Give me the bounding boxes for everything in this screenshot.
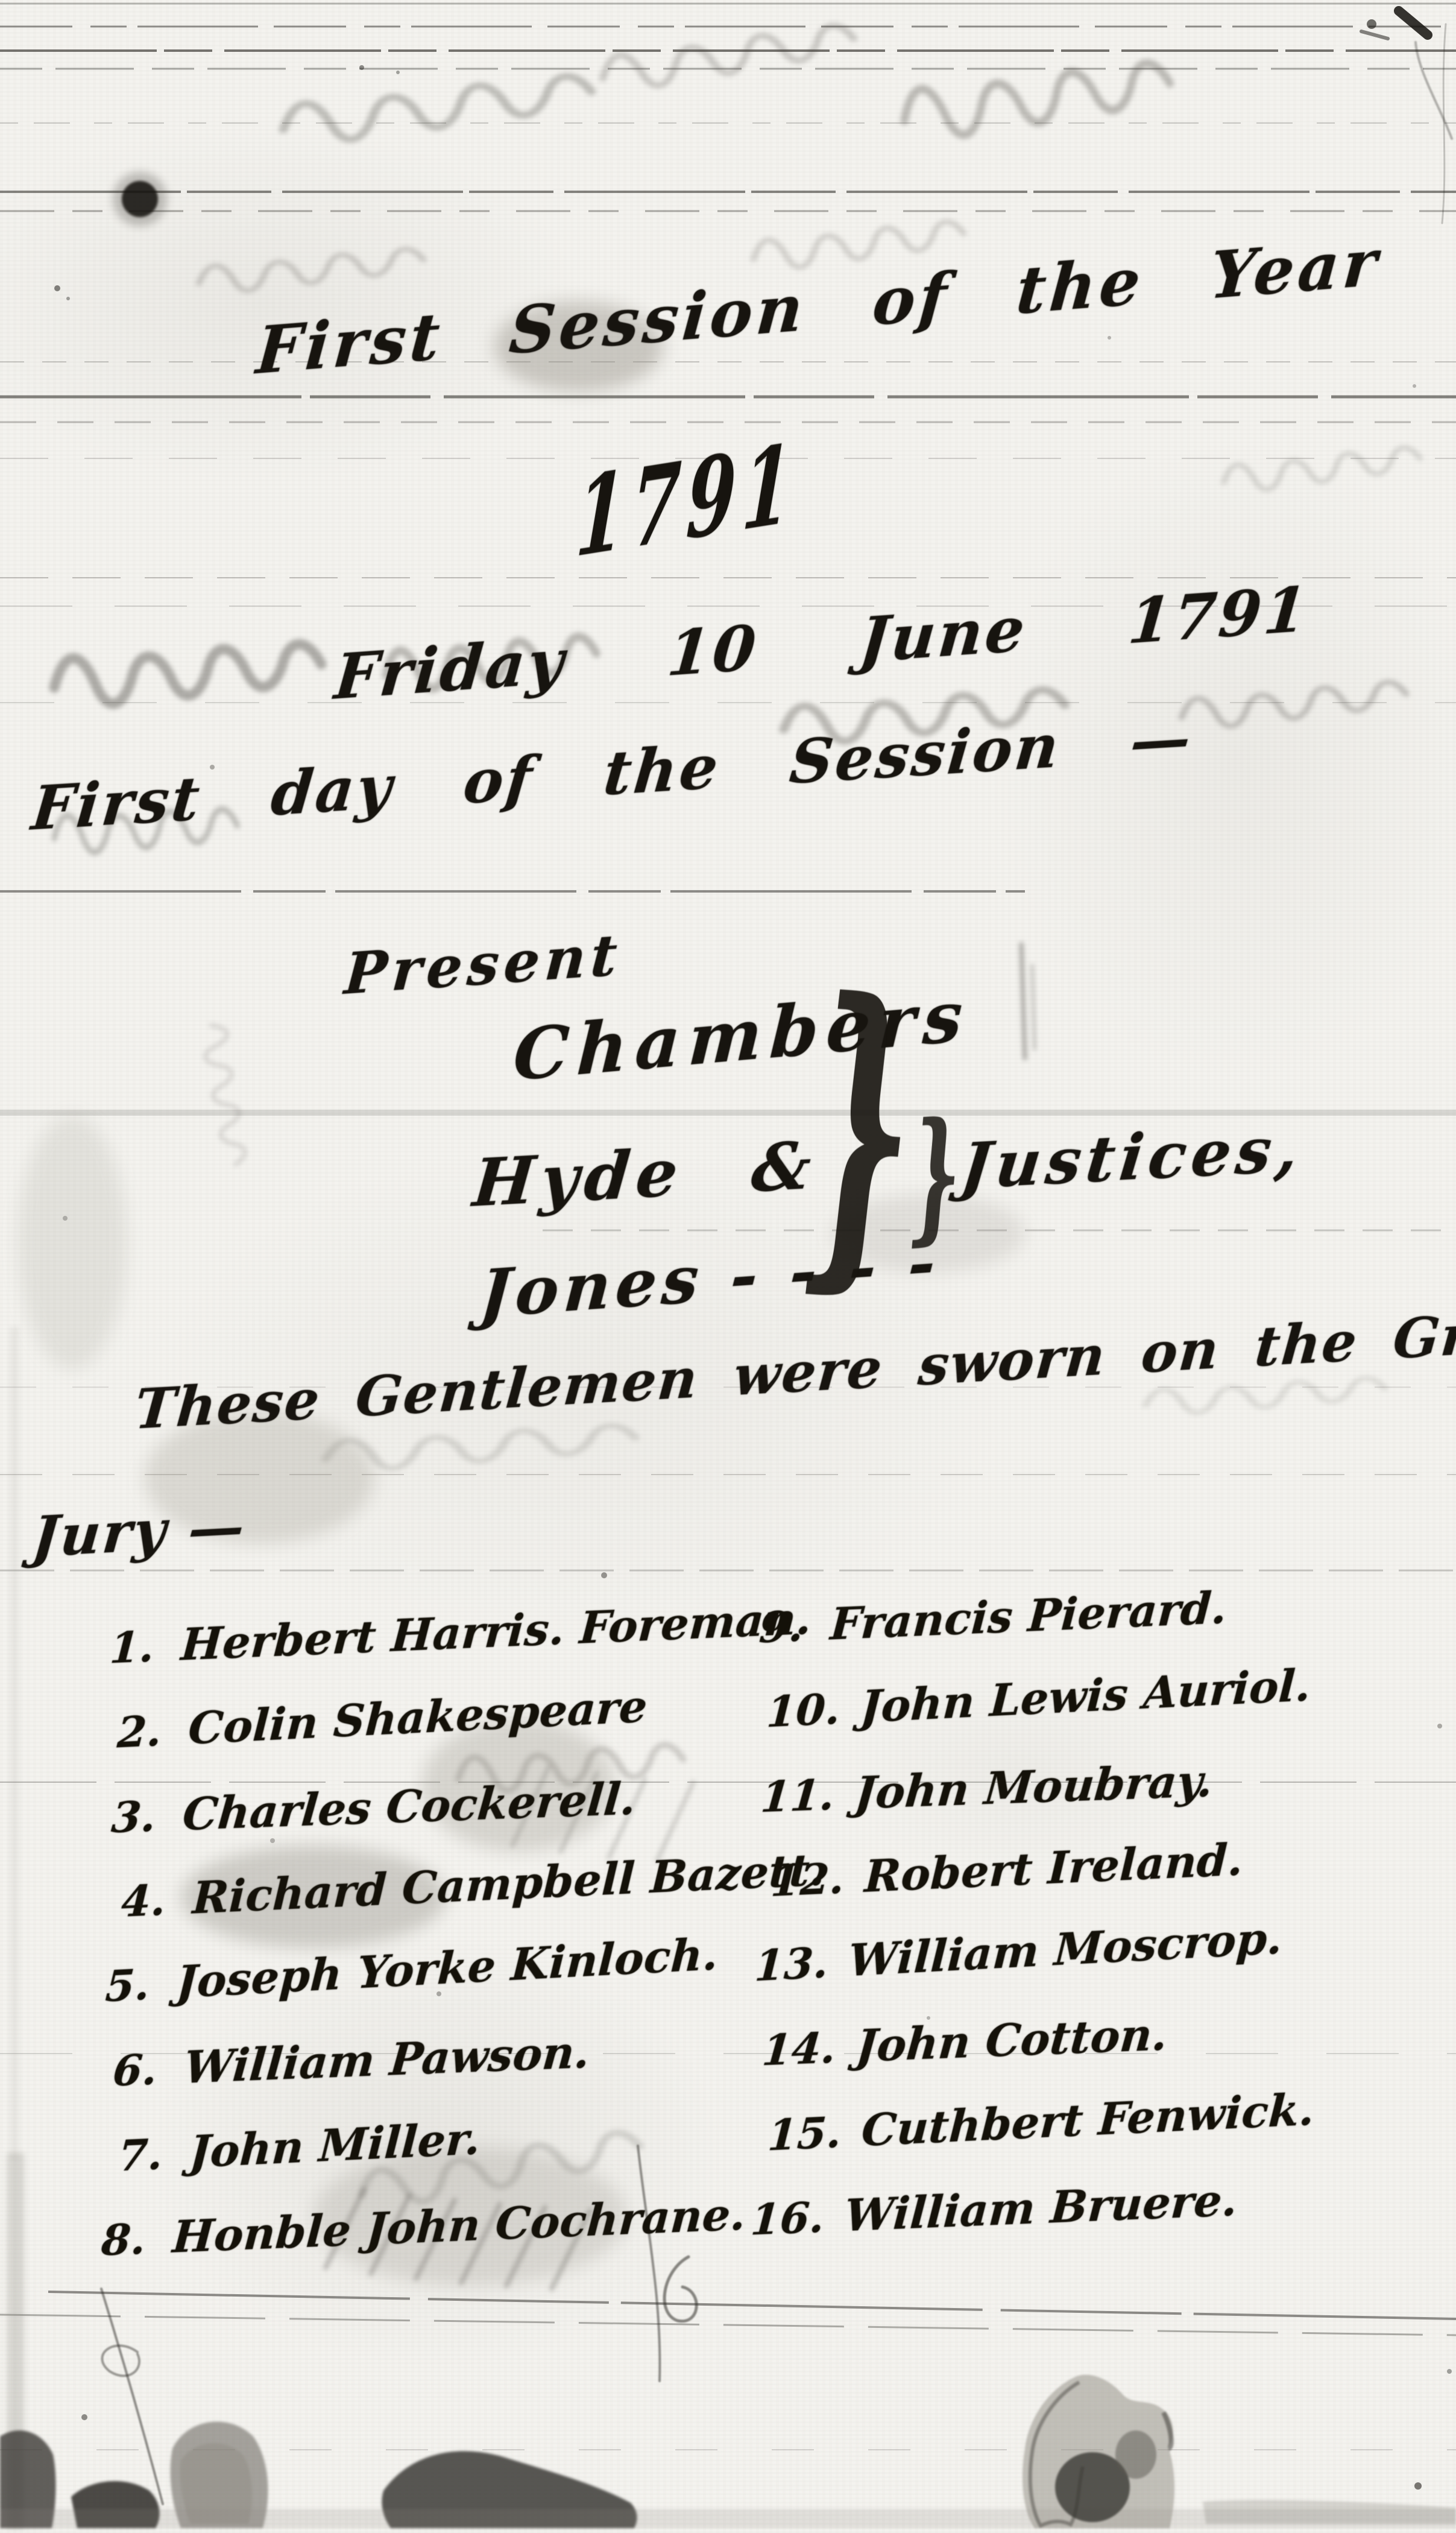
jury-item: 4. Richard Campbell Bazett. <box>121 1845 826 1926</box>
jury-item: 13. William Moscrop. <box>754 1912 1316 1990</box>
justice-name-hyde: Hyde & <box>470 1133 819 1216</box>
jury-item-number: 10. <box>766 1685 842 1735</box>
jury-item-number: 11. <box>759 1771 836 1820</box>
jury-item: 1. Herbert Harris. Foreman. <box>109 1593 826 1672</box>
jury-item: 10. John Lewis Auriol. <box>765 1661 1316 1736</box>
jury-item-number: 14. <box>760 2025 837 2074</box>
jury-item: 9. Francis Pierard. <box>758 1580 1316 1651</box>
session-day-line: First day of the Session — <box>29 708 1196 840</box>
jury-item-number: 2. <box>116 1707 169 1756</box>
jury-item: 5. Joseph Yorke Kinloch. <box>104 1924 826 2011</box>
jury-item-name: Robert Ireland. <box>863 1835 1244 1901</box>
jury-item: 12. Robert Ireland. <box>770 1832 1316 1906</box>
bottom-ink-stains <box>0 2421 1456 2528</box>
jury-item: 16. William Bruere. <box>749 2173 1316 2244</box>
jury-item-name: Colin Shakespeare <box>187 1682 648 1753</box>
page-year: 1791 <box>574 429 801 573</box>
jury-item-name: Richard Campbell Bazett. <box>192 1845 826 1923</box>
jury-item: 8. Honble John Cochrane. <box>100 2187 826 2265</box>
jury-item-number: 16. <box>749 2193 826 2243</box>
jury-item-number: 9. <box>758 1602 812 1651</box>
jury-item-number: 4. <box>121 1876 173 1925</box>
sworn-statement-line2: Jury — <box>30 1497 248 1564</box>
jury-item: 11. John Moubray. <box>759 1753 1316 1821</box>
jury-item-name: Francis Pierard. <box>829 1584 1228 1649</box>
jury-item-name: William Moscrop. <box>847 1914 1283 1985</box>
jury-item-name: William Bruere. <box>843 2176 1238 2240</box>
justices-brace-small: } <box>909 1110 962 1241</box>
jury-item: 15. Cuthbert Fenwick. <box>766 2085 1316 2159</box>
sworn-statement-line1: These Gentlemen were sworn on the Grand <box>133 1301 1456 1437</box>
jury-item-number: 13. <box>754 1939 830 1990</box>
jury-item-number: 6. <box>111 2046 165 2095</box>
jury-item-name: John Lewis Auriol. <box>859 1661 1312 1731</box>
jury-item-name: John Miller. <box>188 2114 482 2176</box>
justices-brace: } <box>806 974 916 1280</box>
jury-item-number: 3. <box>110 1792 165 1841</box>
document-page: First Session of the Year 1791 Friday 10… <box>0 0 1456 2533</box>
large-stain <box>1023 2375 1174 2528</box>
jury-item-number: 1. <box>109 1622 162 1671</box>
left-edge-shading-upper <box>10 1327 19 2159</box>
jury-list-right: 9. Francis Pierard. 10. John Lewis Aurio… <box>761 1603 1316 2280</box>
jury-item: 2. Colin Shakespeare <box>116 1674 825 1757</box>
jury-item-number: 7. <box>117 2130 170 2179</box>
jury-item-number: 5. <box>104 1961 157 2010</box>
page-title: First Session of the Year <box>254 230 1383 383</box>
jury-item-name: Joseph Yorke Kinloch. <box>175 1930 719 2007</box>
jury-item: 14. John Cotton. <box>760 2005 1316 2075</box>
jury-item: 3. Charles Cockerell. <box>110 1768 826 1841</box>
jury-item-name: Cuthbert Fenwick. <box>860 2085 1316 2155</box>
jury-item-name: William Pawson. <box>182 2028 591 2092</box>
left-edge-shading <box>7 2153 24 2528</box>
smudge <box>18 1116 127 1369</box>
date-line: Friday 10 June 1791 <box>332 578 1312 709</box>
jury-item-name: John Moubray. <box>853 1756 1215 1817</box>
jury-item-name: John Cotton. <box>854 2011 1170 2071</box>
present-label: Present <box>342 926 623 1003</box>
jury-list-left: 1. Herbert Harris. Foreman. 2. Colin Sha… <box>112 1624 827 2300</box>
top-right-ink-mark <box>1361 11 1452 223</box>
jury-item-number: 12. <box>770 1855 845 1905</box>
jury-item: 6. William Pawson. <box>111 2019 826 2095</box>
jury-item-name: Honble John Cochrane. <box>171 2190 748 2262</box>
jury-item-name: Charles Cockerell. <box>181 1774 638 1839</box>
justices-role: Justices, <box>958 1117 1306 1198</box>
ink-blot <box>113 172 167 226</box>
jury-item: 7. John Miller. <box>117 2098 825 2180</box>
jury-item-number: 8. <box>100 2215 154 2264</box>
jury-item-number: 15. <box>766 2108 842 2158</box>
jury-item-name: Herbert Harris. Foreman. <box>180 1594 813 1669</box>
